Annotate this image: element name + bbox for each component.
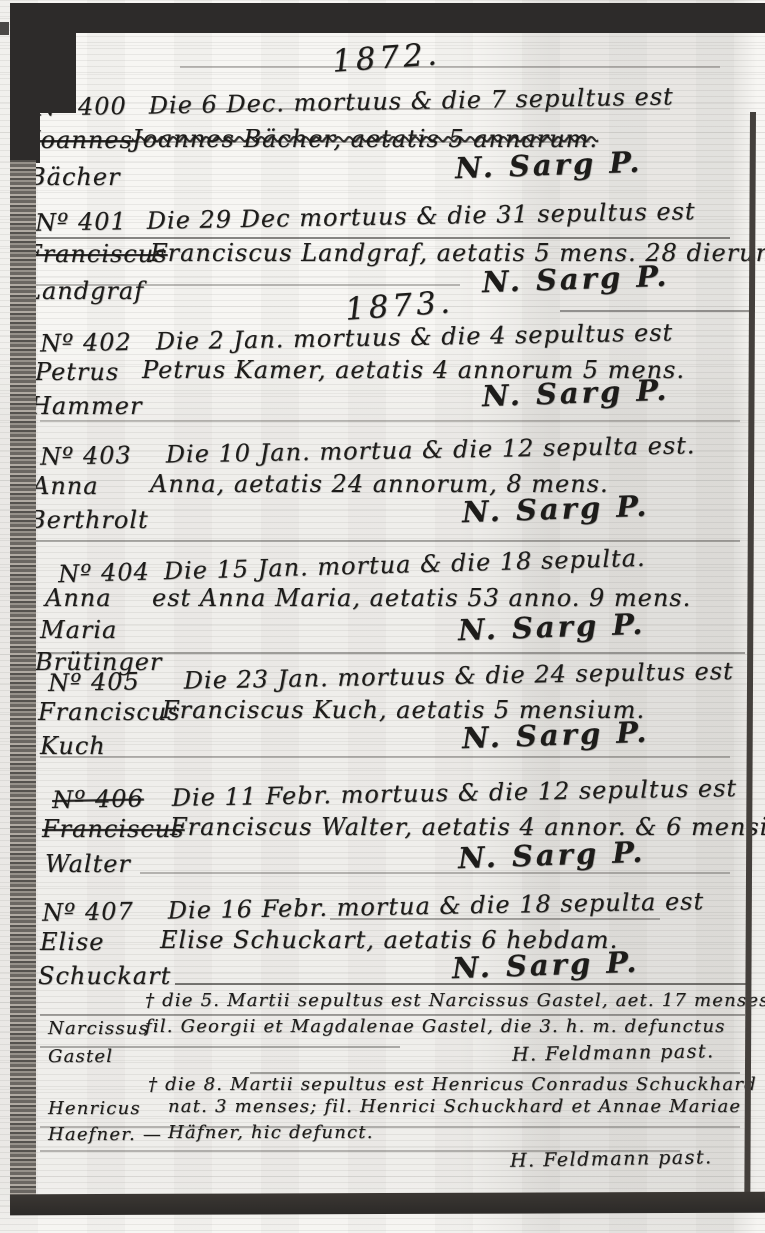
entry-401-header-line: Nº 401Die 29 Dec mortuus & die 31 sepult… [35, 197, 696, 237]
entry-403-margin-name-1: Anna [32, 472, 99, 500]
addendum-1-pastor-signature: H. Feldmann past. [512, 1040, 715, 1066]
entry-401-pastor-signature: N. Sarg P. [481, 259, 669, 300]
entry-404-header-line: Nº 404Die 15 Jan. mortua & die 18 sepult… [58, 544, 646, 588]
entry-402-pastor-signature: N. Sarg P. [481, 373, 669, 414]
year-header-1873: 1873. [344, 284, 455, 327]
addendum-2-margin-name-2: Haefner. — [48, 1124, 162, 1145]
entry-406-margin-name-1: Franciscus [42, 815, 185, 843]
entry-402-date-line: Die 2 Jan. mortuus & die 4 sepultus est [156, 318, 674, 355]
entry-404-pastor-signature: N. Sarg P. [457, 607, 645, 648]
entry-401-margin-name-2: Landgraf [25, 277, 144, 305]
addendum-1-margin-name-1: Narcissus [48, 1018, 149, 1039]
entry-401-margin-name-1: Franciscus [25, 240, 168, 268]
ruled-line [40, 756, 730, 758]
entry-404-margin-name-2: Maria [40, 616, 117, 644]
entry-403-date-line: Die 10 Jan. mortua & die 12 sepulta est. [166, 431, 696, 468]
entry-407-pastor-signature: N. Sarg P. [451, 945, 639, 986]
addendum-1-date-line: † die 5. Martii sepultus est Narcissus G… [145, 990, 765, 1011]
entry-406-body: Franciscus Walter, aetatis 4 annor. & 6 … [170, 813, 765, 841]
entry-400-margin-name-1: Joannes [30, 126, 133, 154]
entry-407-header-line: Nº 407Die 16 Febr. mortua & die 18 sepul… [42, 887, 705, 927]
entry-401-number: Nº 401 [35, 207, 127, 237]
binding-rule-right [744, 112, 756, 1212]
scan-edge-left [10, 3, 40, 163]
entry-405-margin-name-2: Kuch [40, 732, 106, 760]
entry-406-pastor-signature: N. Sarg P. [457, 835, 645, 876]
entry-404-date-line: Die 15 Jan. mortua & die 18 sepulta. [163, 544, 646, 585]
entry-403-number: Nº 403 [40, 441, 132, 471]
entry-407-margin-name-1: Elise [40, 928, 104, 956]
entry-402-margin-name-1: Petrus [35, 358, 119, 386]
entry-405-date-line: Die 23 Jan. mortuus & die 24 sepultus es… [184, 657, 734, 695]
entry-401-date-line: Die 29 Dec mortuus & die 31 sepultus est [147, 197, 696, 235]
entry-403-header-line: Nº 403Die 10 Jan. mortua & die 12 sepult… [40, 431, 696, 470]
entry-400-header-line: Nº 400Die 6 Dec. mortuus & die 7 sepultu… [35, 82, 674, 121]
entry-406-margin-name-2: Walter [45, 850, 131, 878]
scan-edge-top [10, 3, 765, 33]
year-header-1872: 1872. [331, 36, 442, 79]
ruled-line [30, 540, 740, 542]
entry-403-margin-name-2: Berthrolt [28, 506, 149, 534]
entry-402-header-line: Nº 402Die 2 Jan. mortuus & die 4 sepultu… [40, 318, 674, 357]
addendum-1-margin-name-2: Gastel [48, 1046, 113, 1067]
ruled-line [140, 872, 730, 874]
ruled-line [40, 420, 740, 422]
entry-400-pastor-signature: N. Sarg P. [454, 145, 642, 186]
entry-403-pastor-signature: N. Sarg P. [461, 489, 649, 530]
entry-400-margin-name-2: Bächer [28, 163, 121, 191]
entry-407-margin-name-2: Schuckart [38, 962, 171, 990]
entry-405-pastor-signature: N. Sarg P. [461, 715, 649, 756]
entry-406-number: Nº 406 [52, 784, 144, 814]
entry-405-margin-name-1: Franciscus [38, 698, 181, 726]
scanned-parish-register-page: 1872. Nº 400Die 6 Dec. mortuus & die 7 s… [0, 0, 765, 1233]
ruled-line [560, 310, 755, 312]
entry-406-date-line: Die 11 Febr. mortuus & die 12 sepultus e… [172, 774, 738, 812]
entry-405-number: Nº 405 [48, 667, 140, 697]
entry-406-header-line: Nº 406Die 11 Febr. mortuus & die 12 sepu… [52, 774, 737, 814]
entry-401-body: Franciscus Landgraf, aetatis 5 mens. 28 … [150, 239, 765, 267]
scan-edge-bottom [10, 1192, 765, 1216]
addendum-2-margin-name-1: Henricus [48, 1098, 141, 1119]
addendum-2-body-line-2: Häfner, hic defunct. [168, 1122, 374, 1143]
addendum-2-date-line: † die 8. Martii sepultus est Henricus Co… [148, 1074, 757, 1095]
ruled-line [180, 66, 720, 68]
entry-407-number: Nº 407 [42, 897, 134, 927]
addendum-2-pastor-signature: H. Feldmann past. [510, 1146, 713, 1172]
addendum-2-body: nat. 3 menses; fil. Henrici Schuckhard e… [168, 1096, 741, 1117]
entry-400-date-line: Die 6 Dec. mortuus & die 7 sepultus est [149, 82, 674, 119]
entry-404-margin-name-1: Anna [45, 584, 112, 612]
entry-402-margin-name-2: Hammer [30, 392, 142, 420]
addendum-1-body: fil. Georgii et Magdalenae Gastel, die 3… [145, 1016, 726, 1037]
entry-402-number: Nº 402 [40, 328, 132, 358]
scan-corner-mark [0, 22, 9, 35]
scan-edge-left-texture [10, 160, 36, 1212]
